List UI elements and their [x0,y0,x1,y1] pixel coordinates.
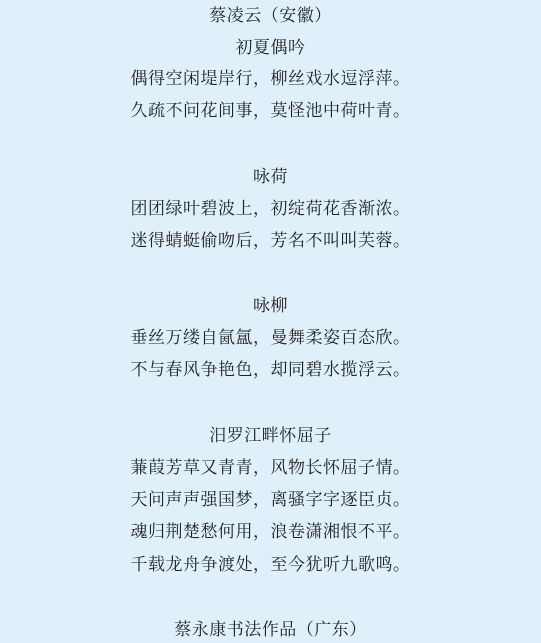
poem-line: 偶得空闲堤岸行，柳丝戏水逗浮萍。 [0,66,541,92]
poem-line: 天问声声强国梦，离骚字字逐臣贞。 [0,487,541,513]
poem-title: 咏柳 [0,293,541,319]
poem-line: 团团绿叶碧波上，初绽荷花香渐浓。 [0,196,541,222]
poem-line: 不与春风争艳色，却同碧水揽浮云。 [0,357,541,383]
author-header: 蔡凌云（安徽） [0,3,541,29]
poem-line: 千载龙舟争渡处，至今犹听九歌鸣。 [0,552,541,578]
poem-line: 迷得蜻蜓偷吻后，芳名不叫叫芙蓉。 [0,228,541,254]
article-body: 蔡凌云（安徽） 初夏偶吟 偶得空闲堤岸行，柳丝戏水逗浮萍。 久疏不问花间事，莫怪… [0,0,541,643]
poem-title: 初夏偶吟 [0,35,541,61]
footer-caption: 蔡永康书法作品（广东） [0,617,541,643]
poem-line: 魂归荆楚愁何用，浪卷潇湘恨不平。 [0,519,541,545]
poem-line: 垂丝万缕自氤氲，曼舞柔姿百态欣。 [0,325,541,351]
poem-line: 蒹葭芳草又青青，风物长怀屈子情。 [0,455,541,481]
poem-title: 汨罗江畔怀屈子 [0,423,541,449]
poem-line: 久疏不问花间事，莫怪池中荷叶青。 [0,98,541,124]
poem-title: 咏荷 [0,164,541,190]
